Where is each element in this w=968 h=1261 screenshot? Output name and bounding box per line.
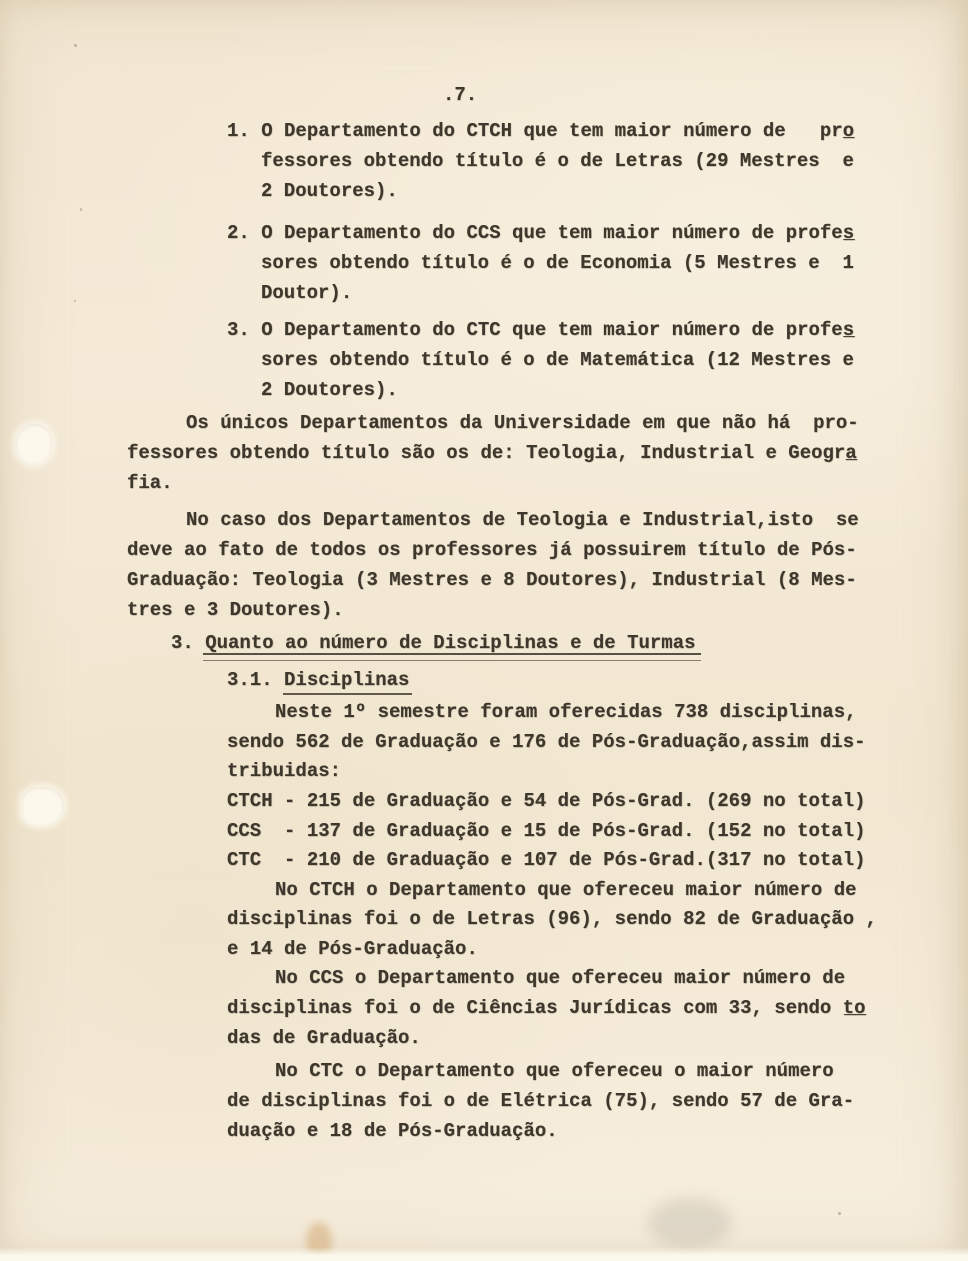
paper-speck [74,300,76,302]
section-heading: 3. Quanto ao número de Disciplinas e de … [171,632,696,654]
smudge-mark [648,1198,732,1248]
subsection-para-3-line-3: duação e 18 de Pós-Graduação. [227,1120,558,1142]
list-item-2-line-3: Doutor). [261,282,352,304]
paragraph-1-line-2: fessores obtendo título são os de: Teolo… [127,442,857,464]
subsection-para-3-line-2: de disciplinas foi o de Elétrica (75), s… [227,1090,854,1112]
paper-speck [74,44,77,47]
hole-punch-bottom [22,787,64,825]
subsection-para-1-line-2: sendo 562 de Graduação e 176 de Pós-Grad… [227,731,866,753]
paragraph-2-line-3: Graduação: Teologia (3 Mestres e 8 Douto… [127,569,857,591]
list-item-2-line-1: 2. O Departamento do CCS que tem maior n… [227,222,854,244]
hole-punch-top [16,424,52,464]
list-item-2-line-2: sores obtendo título é o de Economia (5 … [261,252,854,274]
list-item-3-line-1: 3. O Departamento do CTC que tem maior n… [227,319,854,341]
paragraph-1-line-1: Os únicos Departamentos da Universidade … [186,412,859,434]
subsection-para-3-line-1: No CTC o Departamento que ofereceu o mai… [275,1060,834,1082]
subsection-para-1-line-3: tribuidas: [227,760,341,782]
document-page: .7. 1. O Departamento do CTCH que tem ma… [0,0,968,1261]
subsection-para-1-line-8: disciplinas foi o de Letras (96), sendo … [227,908,877,930]
subsection-para-1-line-9: e 14 de Pós-Graduação. [227,938,478,960]
subsection-para-2-line-2: disciplinas foi o de Ciências Jurídicas … [227,997,866,1019]
page-bottom-edge [0,1247,968,1261]
list-item-1-line-2: fessores obtendo título é o de Letras (2… [261,150,854,172]
paragraph-2-line-4: tres e 3 Doutores). [127,599,344,621]
section-heading-number: 3. [171,632,205,654]
paper-speck [80,208,82,211]
subsection-para-2-line-1: No CCS o Departamento que ofereceu maior… [275,967,845,989]
paragraph-2-line-1: No caso dos Departamentos de Teologia e … [186,509,859,531]
subsection-para-1-line-1: Neste 1º semestre foram oferecidas 738 d… [275,701,857,723]
subsection-heading-number: 3.1. [227,669,284,691]
paragraph-2-line-2: deve ao fato de todos os professores já … [127,539,857,561]
list-item-3-line-2: sores obtendo título é o de Matemática (… [261,349,854,371]
list-item-3-line-3: 2 Doutores). [261,379,398,401]
subsection-para-1-line-5: CCS - 137 de Graduação e 15 de Pós-Grad.… [227,820,866,842]
paper-speck [838,1212,841,1215]
subsection-para-2-line-3: das de Graduação. [227,1027,421,1049]
subsection-para-1-line-7: No CTCH o Departamento que ofereceu maio… [275,879,857,901]
page-number: .7. [443,84,477,106]
subsection-heading: 3.1. Disciplinas [227,669,409,691]
subsection-para-1-line-6: CTC - 210 de Graduação e 107 de Pós-Grad… [227,849,866,871]
subsection-heading-title: Disciplinas [284,669,409,691]
paragraph-1-line-3: fia. [127,472,173,494]
section-heading-title: Quanto ao número de Disciplinas e de Tur… [205,632,695,654]
list-item-1-line-3: 2 Doutores). [261,180,398,202]
list-item-1-line-1: 1. O Departamento do CTCH que tem maior … [227,120,854,142]
subsection-para-1-line-4: CTCH - 215 de Graduação e 54 de Pós-Grad… [227,790,866,812]
